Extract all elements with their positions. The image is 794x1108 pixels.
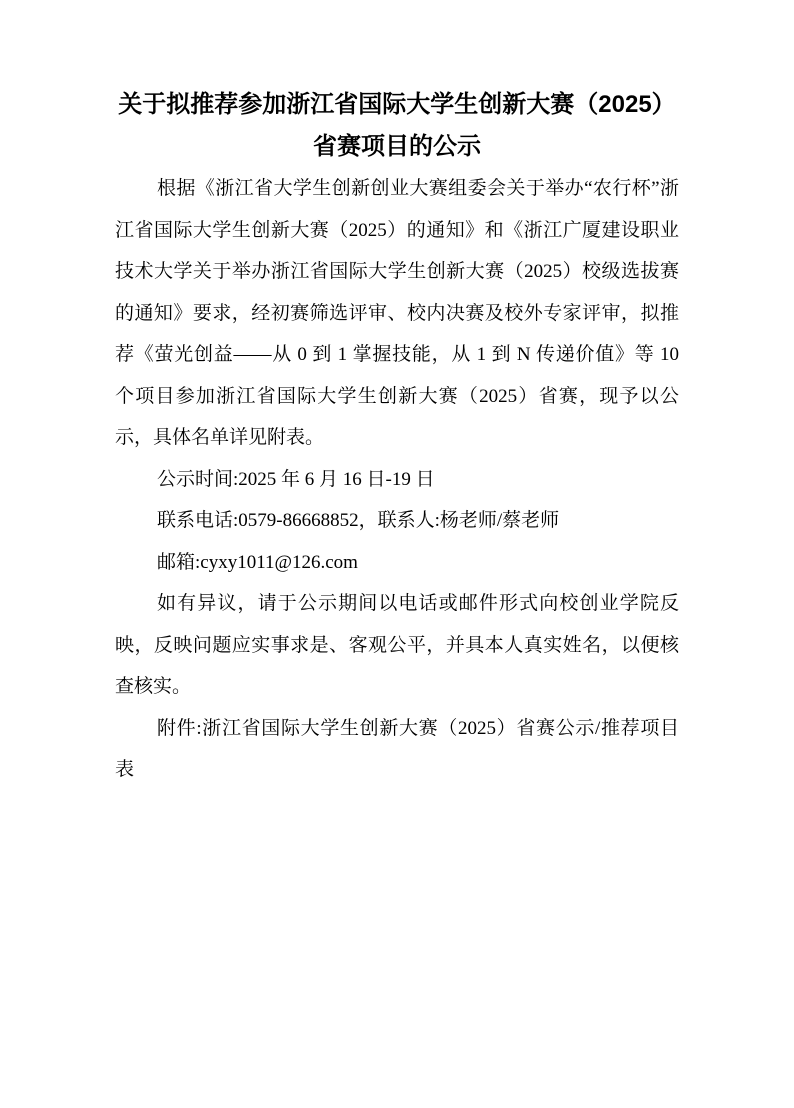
paragraph-objection-notice: 如有异议，请于公示期间以电话或邮件形式向校创业学院反映，反映问题应实事求是、客观… xyxy=(115,583,679,708)
document-content: 关于拟推荐参加浙江省国际大学生创新大赛（2025） 省赛项目的公示 根据《浙江省… xyxy=(115,84,679,791)
paragraph-contact-phone: 联系电话:0579-86668852，联系人:杨老师/蔡老师 xyxy=(115,500,679,542)
title-line-1: 关于拟推荐参加浙江省国际大学生创新大赛（2025） xyxy=(115,84,679,126)
paragraph-public-period: 公示时间:2025 年 6 月 16 日-19 日 xyxy=(115,459,679,501)
paragraph-intro: 根据《浙江省大学生创新创业大赛组委会关于举办“农行杯”浙江省国际大学生创新大赛（… xyxy=(115,168,679,459)
paragraph-email: 邮箱:cyxy1011@126.com xyxy=(115,542,679,584)
paragraph-attachment: 附件:浙江省国际大学生创新大赛（2025）省赛公示/推荐项目表 xyxy=(115,708,679,791)
document-title: 关于拟推荐参加浙江省国际大学生创新大赛（2025） 省赛项目的公示 xyxy=(115,84,679,168)
document-page: 关于拟推荐参加浙江省国际大学生创新大赛（2025） 省赛项目的公示 根据《浙江省… xyxy=(0,0,794,1108)
title-line-2: 省赛项目的公示 xyxy=(115,126,679,168)
document-body: 根据《浙江省大学生创新创业大赛组委会关于举办“农行杯”浙江省国际大学生创新大赛（… xyxy=(115,168,679,791)
